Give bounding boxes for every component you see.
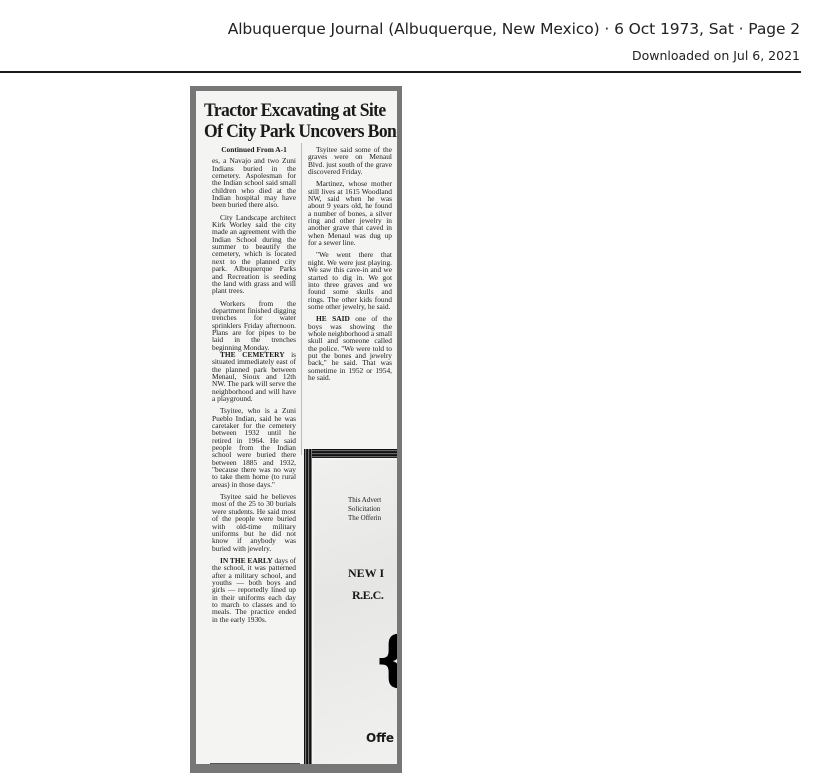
paragraph: Tsyitee said he believes most of the 25 … xyxy=(212,493,296,552)
headline-line-2: Of City Park Uncovers Bones xyxy=(204,120,397,141)
download-date: Downloaded on Jul 6, 2021 xyxy=(632,48,800,63)
ad-offering-text: Offe xyxy=(366,731,394,745)
paragraph: Tsyitee said some of the graves were on … xyxy=(308,146,392,175)
paragraph: "We went there that night. We were just … xyxy=(308,251,392,310)
advertisement-fragment: This Advert Solicitation The Offerin NEW… xyxy=(302,449,397,764)
ad-heading-rec: R.E.C. xyxy=(352,588,383,603)
ad-border-left xyxy=(304,449,312,764)
paragraph: City Landscape architect Kirk Worley sai… xyxy=(212,214,296,295)
ad-border-top xyxy=(304,449,397,458)
column-divider xyxy=(301,143,302,455)
paragraph: IN THE EARLY days of the school, it was … xyxy=(212,557,296,623)
newspaper-source-title: Albuquerque Journal (Albuquerque, New Me… xyxy=(228,20,800,38)
article-column-2: Tsyitee said some of the graves were on … xyxy=(308,146,392,386)
paragraph: Tsyitee, who is a Zuni Pueblo Indian, sa… xyxy=(212,407,296,488)
header-divider xyxy=(0,71,801,73)
article-column-1: Continued From A-1 es, a Navajo and two … xyxy=(212,146,296,628)
ad-heading-new: NEW I xyxy=(348,566,384,581)
paragraph: HE SAID one of the boys was showing the … xyxy=(308,315,392,381)
paragraph: THE CEMETERY is situated immediately eas… xyxy=(212,351,296,402)
clipping-paper: Tractor Excavating at Site Of City Park … xyxy=(196,91,397,764)
headline-line-1: Tractor Excavating at Site xyxy=(204,99,397,120)
continued-from-label: Continued From A-1 xyxy=(212,146,296,153)
ad-brace-graphic: { xyxy=(372,629,397,689)
article-headline: Tractor Excavating at Site Of City Park … xyxy=(204,99,397,141)
paragraph: Workers from the department finished dig… xyxy=(212,300,296,351)
paragraph: es, a Navajo and two Zuni Indians buried… xyxy=(212,157,296,208)
newspaper-clipping: Tractor Excavating at Site Of City Park … xyxy=(190,86,402,773)
ad-disclaimer-text: This Advert Solicitation The Offerin xyxy=(348,496,381,523)
paragraph: Martinez, whose mother still lives at 16… xyxy=(308,180,392,246)
column-end-rule xyxy=(210,763,300,764)
